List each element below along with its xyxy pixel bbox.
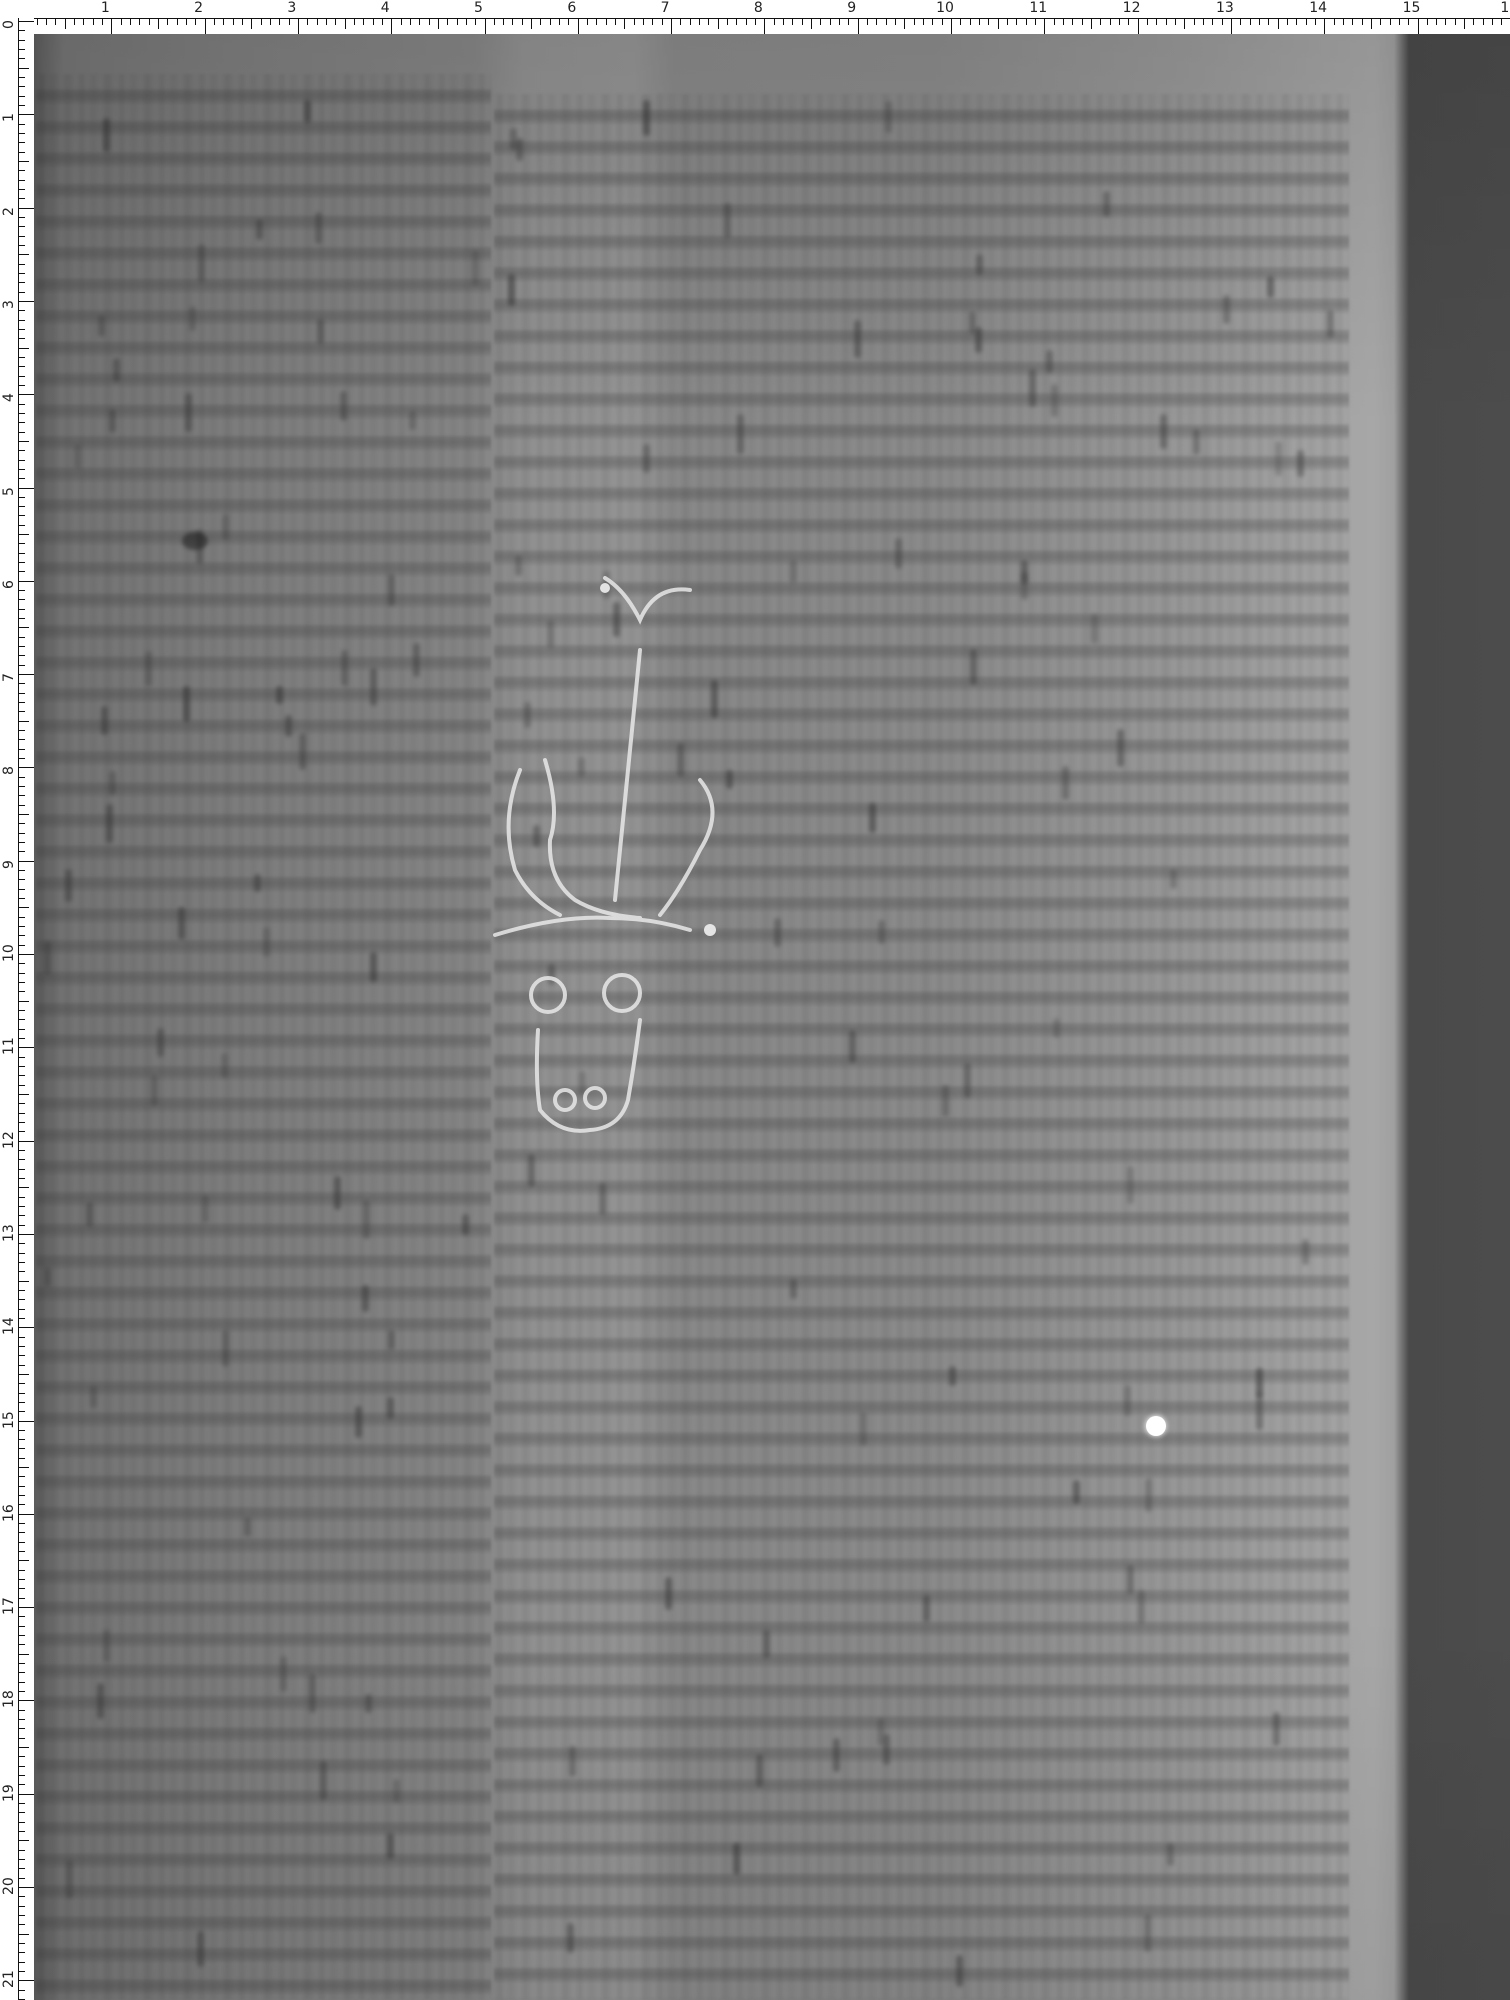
ruler-tick [18, 525, 25, 526]
ruler-label: 6 [567, 0, 576, 16]
ruler-tick [1306, 18, 1307, 25]
ruler-tick [830, 18, 831, 25]
ruler-tick [18, 1150, 25, 1151]
bull-head-watermark-icon [34, 34, 1510, 2000]
ruler-tick [18, 1794, 34, 1795]
ruler-tick [1175, 18, 1176, 25]
ruler-tick [307, 18, 308, 25]
ruler-tick [354, 18, 355, 25]
ruler-tick [18, 348, 29, 349]
ruler-tick [18, 338, 25, 339]
ruler-tick [615, 18, 616, 25]
ruler-tick [18, 795, 25, 796]
ruler-tick [18, 1402, 25, 1403]
ruler-tick [811, 18, 812, 29]
ruler-tick [559, 18, 560, 25]
ruler-tick [18, 945, 25, 946]
ruler-tick [74, 18, 75, 25]
ruler-tick [624, 18, 625, 29]
ruler-tick [429, 18, 430, 25]
ruler-tick [18, 1840, 29, 1841]
ruler-tick [1156, 18, 1157, 25]
ruler-label: 9 [1, 860, 17, 869]
ruler-tick [18, 842, 25, 843]
ruler-label: 7 [1, 673, 17, 682]
ruler-tick [18, 749, 25, 750]
ruler-tick [18, 1038, 25, 1039]
ruler-tick [596, 18, 597, 25]
ruler-tick [298, 18, 299, 34]
ruler-tick [18, 1169, 25, 1170]
ruler-tick [18, 1943, 25, 1944]
ruler-tick [18, 1085, 25, 1086]
ruler-tick [802, 18, 803, 25]
ruler-tick [18, 1374, 29, 1375]
ruler-tick [18, 1654, 29, 1655]
ruler-tick [18, 1691, 25, 1692]
ruler-tick [139, 18, 140, 25]
ruler-label: 5 [474, 0, 483, 16]
ruler-tick [149, 18, 150, 25]
ruler-tick [18, 86, 25, 87]
ruler-tick [18, 879, 25, 880]
ruler-label: 12 [1123, 0, 1141, 16]
ruler-tick [1072, 18, 1073, 25]
ruler-tick [18, 1663, 25, 1664]
ruler-tick [18, 973, 25, 974]
ruler-tick [18, 450, 25, 451]
ruler-label: 3 [287, 0, 296, 16]
ruler-tick [18, 1579, 25, 1580]
ruler-label: 15 [1, 1411, 17, 1429]
ruler-tick [18, 1682, 25, 1683]
ruler-tick [18, 1122, 25, 1123]
ruler-tick [18, 1439, 25, 1440]
ruler-tick [876, 18, 877, 25]
ruler-tick [18, 1355, 25, 1356]
ruler-tick [18, 217, 25, 218]
ruler-tick [18, 562, 25, 563]
ruler-tick [18, 1560, 29, 1561]
ruler-label: 9 [847, 0, 856, 16]
ruler-tick [102, 18, 103, 25]
ruler-tick [18, 581, 34, 582]
ruler-tick [643, 18, 644, 25]
ruler-tick [979, 18, 980, 25]
ruler-tick [18, 226, 25, 227]
ruler-tick [18, 292, 25, 293]
ruler-label: 3 [1, 300, 17, 309]
ruler-tick [18, 674, 34, 675]
ruler-tick [1371, 18, 1372, 29]
ruler-tick [18, 124, 25, 125]
ruler-tick [18, 254, 29, 255]
ruler-tick [18, 618, 25, 619]
ruler-tick [83, 18, 84, 25]
ruler-tick [1044, 18, 1045, 34]
ruler-tick [18, 366, 25, 367]
ruler-tick [18, 711, 25, 712]
ruler-tick [699, 18, 700, 25]
ruler-tick [18, 1010, 25, 1011]
ruler-tick [18, 683, 25, 684]
ruler-tick [18, 1393, 25, 1394]
ruler-tick [1334, 18, 1335, 25]
ruler-tick [1231, 18, 1232, 34]
ruler-tick [755, 18, 756, 25]
ruler-label: 4 [1, 393, 17, 402]
ruler-tick [1240, 18, 1241, 25]
ruler-tick [18, 1234, 34, 1235]
ruler-tick [326, 18, 327, 25]
ruler-label: 2 [1, 207, 17, 216]
ruler-tick [18, 1588, 25, 1589]
ruler-tick [951, 18, 952, 34]
ruler-tick [18, 833, 25, 834]
ruler-tick [18, 767, 34, 768]
ruler-tick [18, 376, 25, 377]
ruler-tick [18, 982, 25, 983]
ruler-tick [18, 1253, 25, 1254]
ruler-tick [606, 18, 607, 25]
ruler-tick [690, 18, 691, 25]
ruler-tick [18, 422, 25, 423]
ruler-tick [18, 170, 25, 171]
ruler-tick [130, 18, 131, 25]
ruler-tick [727, 18, 728, 25]
ruler-tick [1166, 18, 1167, 25]
ruler-tick [18, 1187, 29, 1188]
ruler-tick [65, 18, 66, 29]
ruler-tick [18, 1421, 34, 1422]
ruler-tick [746, 18, 747, 25]
ruler-tick [18, 870, 25, 871]
ruler-tick [18, 1906, 25, 1907]
ruler-tick [18, 646, 25, 647]
ruler-tick [18, 301, 34, 302]
ruler-label: 11 [1, 1037, 17, 1055]
ruler-tick [1147, 18, 1148, 25]
ruler-tick [18, 1047, 34, 1048]
ruler-tick [242, 18, 243, 25]
ruler-tick [18, 1542, 25, 1543]
ruler-tick [18, 543, 25, 544]
ruler-tick [18, 1337, 25, 1338]
ruler-label: 1 [1, 113, 17, 122]
ruler-tick [1278, 18, 1279, 29]
ruler-tick [18, 245, 25, 246]
ruler-tick [18, 627, 29, 628]
ruler-tick [18, 441, 29, 442]
ruler-tick [18, 273, 25, 274]
ruler-tick [18, 1131, 25, 1132]
ruler-tick [1362, 18, 1363, 25]
ruler-tick [1473, 18, 1474, 25]
ruler-tick [18, 1467, 29, 1468]
ruler-tick [540, 18, 541, 25]
ruler-tick [1119, 18, 1120, 25]
ruler-tick [18, 954, 34, 955]
ruler-tick [662, 18, 663, 25]
ruler-tick [774, 18, 775, 25]
ruler-tick [1296, 18, 1297, 25]
ruler-tick [18, 1066, 25, 1067]
ruler-tick [1007, 18, 1008, 25]
ruler-tick [18, 926, 25, 927]
bright-spot [1146, 1416, 1166, 1436]
ruler-tick [18, 935, 25, 936]
ruler-tick [18, 1262, 25, 1263]
ruler-tick [18, 665, 25, 666]
ruler-tick [18, 1644, 25, 1645]
ruler-tick [18, 1476, 25, 1477]
ruler-tick [1324, 18, 1325, 34]
ruler-label: 14 [1309, 0, 1327, 16]
ruler-tick [55, 18, 56, 25]
ruler-tick [457, 18, 458, 25]
ruler-tick [37, 18, 38, 25]
ruler-tick [18, 208, 34, 209]
ruler-tick [18, 1822, 25, 1823]
ruler-tick [1436, 18, 1437, 25]
ruler-tick [475, 18, 476, 25]
ruler-tick [18, 1001, 29, 1002]
ruler-tick [568, 18, 569, 25]
ruler-tick [158, 18, 159, 29]
ruler-tick [18, 264, 25, 265]
ruler-tick [18, 320, 25, 321]
ruler-label: 6 [1, 580, 17, 589]
ruler-tick [531, 18, 532, 29]
ruler-tick [18, 506, 25, 507]
ruler-label: 10 [936, 0, 954, 16]
ruler-tick [18, 786, 25, 787]
ruler-tick [18, 385, 25, 386]
ruler-tick [18, 1878, 25, 1879]
ruler-tick [1483, 18, 1484, 25]
ruler-tick [512, 18, 513, 25]
ruler-tick [1455, 18, 1456, 25]
ruler-tick [18, 488, 34, 489]
ruler-tick [18, 917, 25, 918]
ruler-tick [970, 18, 971, 25]
ruler-tick [18, 1738, 25, 1739]
ruler-tick [18, 1728, 25, 1729]
ruler-tick [18, 1887, 34, 1888]
ruler-label: 2 [194, 0, 203, 16]
ruler-label: 16 [1, 1504, 17, 1522]
ruler-label: 10 [1, 944, 17, 962]
ruler-tick [820, 18, 821, 25]
ruler-tick [18, 693, 25, 694]
ruler-tick [18, 861, 34, 862]
ruler-tick [1016, 18, 1017, 25]
ruler-tick [988, 18, 989, 25]
ruler-tick [18, 58, 25, 59]
ruler-tick [261, 18, 262, 25]
ruler-tick [18, 1980, 34, 1981]
ruler-tick [18, 133, 25, 134]
ruler-tick [1035, 18, 1036, 25]
ruler-tick [792, 18, 793, 25]
ruler-tick [1203, 18, 1204, 25]
ruler-label: 5 [1, 487, 17, 496]
ruler-tick [18, 142, 25, 143]
ruler-tick [680, 18, 681, 25]
ruler-label: 1 [101, 0, 110, 16]
ruler-tick [18, 77, 25, 78]
ruler-tick [848, 18, 849, 25]
ruler-tick [18, 1197, 25, 1198]
ruler-label: 13 [1, 1224, 17, 1242]
ruler-tick [18, 1225, 25, 1226]
ruler-tick [18, 515, 25, 516]
ruler-tick [18, 721, 29, 722]
ruler-tick [18, 1626, 25, 1627]
ruler-tick [18, 68, 29, 69]
ruler-tick [335, 18, 336, 25]
ruler-tick [18, 329, 25, 330]
ruler-tick [1184, 18, 1185, 29]
ruler-tick [18, 1915, 25, 1916]
ruler-tick [18, 469, 25, 470]
ruler-tick [18, 49, 25, 50]
ruler-tick [18, 1598, 25, 1599]
ruler-tick [121, 18, 122, 25]
ruler-tick [270, 18, 271, 25]
ruler-tick [18, 702, 25, 703]
ruler-tick [578, 18, 579, 34]
ruler-tick [18, 1206, 25, 1207]
ruler-tick [18, 637, 25, 638]
ruler-tick [18, 1327, 34, 1328]
ruler-tick [18, 105, 25, 106]
ruler-tick [503, 18, 504, 25]
ruler-tick [18, 907, 29, 908]
ruler-tick [18, 1747, 29, 1748]
ruler-tick [18, 404, 25, 405]
ruler-label: 7 [661, 0, 670, 16]
ruler-tick [1128, 18, 1129, 25]
ruler-tick [18, 1514, 34, 1515]
ruler-tick [18, 1281, 29, 1282]
ruler-tick [1343, 18, 1344, 25]
ruler-tick [18, 730, 25, 731]
ruler-tick [764, 18, 765, 34]
ruler-tick [18, 1924, 25, 1925]
ruler-tick [18, 599, 25, 600]
ruler-tick [1212, 18, 1213, 25]
ruler-tick [839, 18, 840, 25]
ruler-tick [233, 18, 234, 25]
ruler-tick [419, 18, 420, 25]
ruler-tick [886, 18, 887, 25]
ruler-label: 20 [1, 1877, 17, 1895]
ruler-tick [18, 1934, 29, 1935]
ruler-tick [18, 1458, 25, 1459]
ruler-tick [1110, 18, 1111, 25]
ruler-tick [18, 1532, 25, 1533]
ruler-tick [1250, 18, 1251, 25]
ruler-tick [18, 1019, 25, 1020]
ruler-tick [18, 282, 25, 283]
ruler-tick [18, 1113, 25, 1114]
ruler-tick [18, 1719, 25, 1720]
ruler-tick [1390, 18, 1391, 25]
ruler-tick [18, 814, 29, 815]
ruler-tick [18, 1029, 25, 1030]
ruler-tick [18, 1607, 34, 1608]
ruler-tick [1418, 18, 1419, 34]
ruler-tick [1352, 18, 1353, 25]
ruler-tick [18, 1803, 25, 1804]
ruler-tick [18, 758, 25, 759]
ruler-tick [373, 18, 374, 25]
ruler-label: 14 [1, 1317, 17, 1335]
ruler-tick [214, 18, 215, 25]
ruler-tick [18, 1775, 25, 1776]
ruler-tick [18, 1523, 25, 1524]
ruler-tick [18, 1766, 25, 1767]
ruler-tick [18, 534, 29, 535]
ruler-tick [960, 18, 961, 25]
ruler-tick [1408, 18, 1409, 25]
ruler-tick [18, 40, 25, 41]
ruler-tick [93, 18, 94, 25]
ruler-tick [18, 1365, 25, 1366]
ruler-tick [205, 18, 206, 34]
ruler-tick [18, 1094, 29, 1095]
ruler-tick [177, 18, 178, 25]
ruler-tick [18, 21, 34, 22]
ruler-tick [18, 609, 25, 610]
ruler-tick [186, 18, 187, 25]
ruler-tick [18, 1812, 25, 1813]
ruler-tick [895, 18, 896, 25]
ruler-tick [1464, 18, 1465, 29]
ruler-tick [932, 18, 933, 25]
ruler-tick [18, 1570, 25, 1571]
ruler-tick [1194, 18, 1195, 25]
ruler-tick [1054, 18, 1055, 25]
ruler-tick [223, 18, 224, 25]
ruler-tick [18, 161, 29, 162]
ruler-tick [18, 1448, 25, 1449]
ruler-tick [18, 1710, 25, 1711]
ruler-tick [522, 18, 523, 25]
ruler-tick [18, 991, 25, 992]
ruler-tick [18, 1411, 25, 1412]
ruler-tick [18, 198, 25, 199]
ruler-tick [18, 1756, 25, 1757]
ruler-tick [18, 1159, 25, 1160]
ruler-tick [18, 1962, 25, 1963]
ruler-tick [251, 18, 252, 29]
ruler-tick [18, 1859, 25, 1860]
ruler-tick [18, 1831, 25, 1832]
ruler-tick [410, 18, 411, 25]
ruler-tick [18, 553, 25, 554]
horizontal-ruler: 01234567891011121314151 [0, 0, 1510, 34]
ruler-tick [18, 1700, 34, 1701]
ruler-tick [1380, 18, 1381, 25]
ruler-tick [18, 805, 25, 806]
ruler-tick [18, 1383, 25, 1384]
ruler-tick [345, 18, 346, 29]
ruler-tick [1063, 18, 1064, 25]
ruler-tick [279, 18, 280, 25]
ruler-tick [1427, 18, 1428, 25]
